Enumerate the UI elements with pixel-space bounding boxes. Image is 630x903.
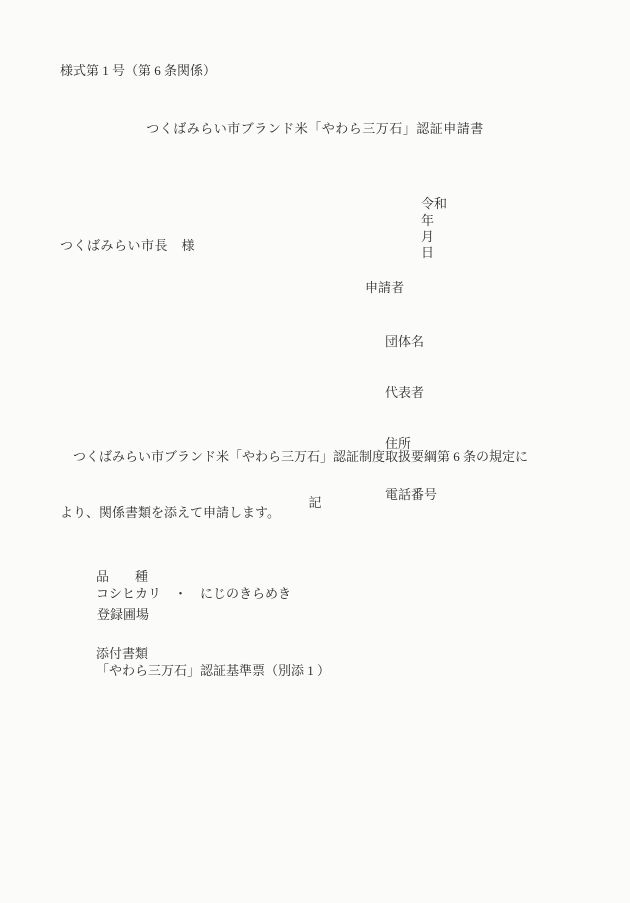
attachment-label: 添付書類	[96, 646, 148, 661]
applicant-heading: 申請者	[365, 280, 404, 296]
year-label: 年	[421, 213, 434, 228]
applicant-field-representative: 代表者	[385, 385, 437, 404]
month-label: 月	[421, 229, 434, 244]
variety-label: 品 種	[96, 569, 148, 584]
body-paragraph: つくばみらい市ブランド米「やわら三万石」認証制度取扱要綱第 6 条の規定に より…	[60, 416, 575, 554]
attachment-row: 添付書類 「やわら三万石」認証基準票（別添 1 ）	[83, 630, 330, 695]
form-number: 様式第 1 号（第 6 条関係）	[60, 63, 216, 79]
date-line: 令和 年 月 日	[408, 180, 483, 278]
attachment-value: 「やわら三万石」認証基準票（別添 1 ）	[96, 663, 330, 678]
addressee-line: つくばみらい市長 様	[60, 238, 195, 254]
record-marker: 記	[0, 495, 630, 511]
day-label: 日	[421, 245, 434, 260]
applicant-field-organization: 団体名	[385, 334, 437, 353]
document-title: つくばみらい市ブランド米「やわら三万石」認証申請書	[0, 121, 630, 137]
era-label: 令和	[421, 196, 447, 211]
body-line-1: つくばみらい市ブランド米「やわら三万石」認証制度取扱要綱第 6 条の規定に	[60, 449, 575, 465]
registered-field-label: 登録圃場	[97, 607, 149, 622]
application-form-page: 様式第 1 号（第 6 条関係） つくばみらい市ブランド米「やわら三万石」認証申…	[0, 0, 630, 903]
